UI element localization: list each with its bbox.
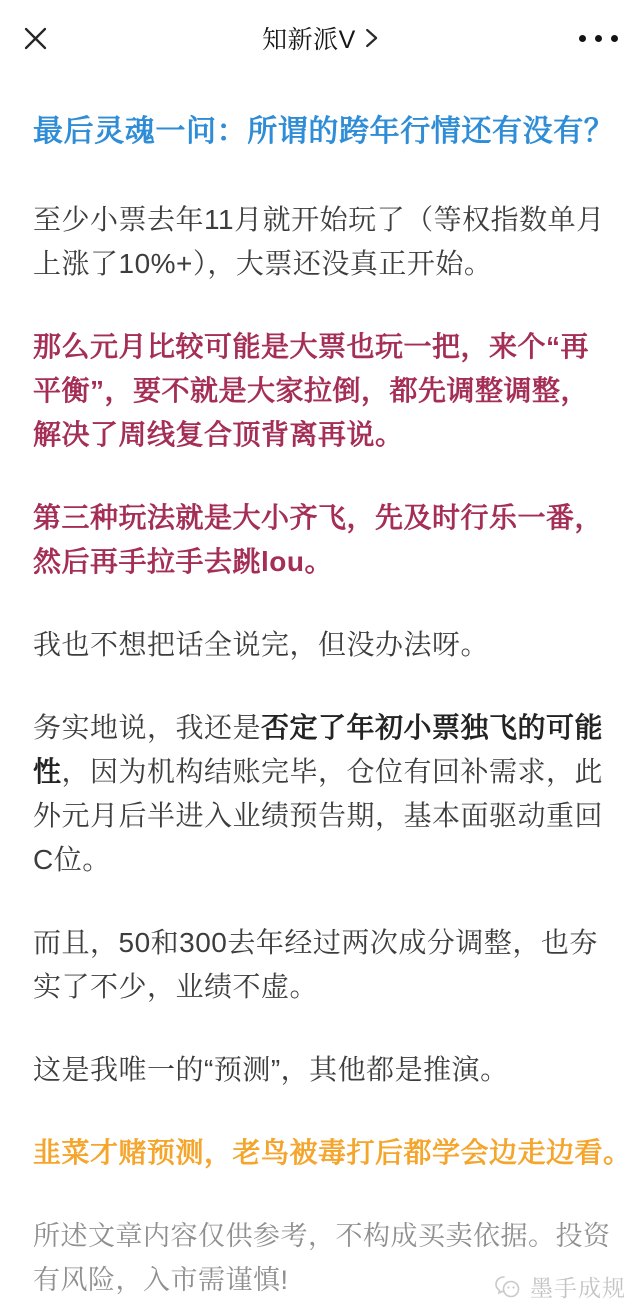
official-account-link[interactable]: 知新派V (262, 20, 378, 56)
wechat-article-screen: 知新派V 最后灵魂一问：所谓的跨年行情还有没有？ 至少小票去年11月就开始玩了（… (0, 0, 640, 1302)
paragraph-with-bold: 务实地说，我还是否定了年初小票独飞的可能 性，因为机构结账完毕，仓位有回补需求，… (33, 706, 607, 882)
chevron-right-icon (365, 27, 378, 49)
article-body: 最后灵魂一问：所谓的跨年行情还有没有？ 至少小票去年11月就开始玩了（等权指数单… (0, 76, 640, 1302)
appbar: 知新派V (0, 0, 640, 76)
paragraph-emphasis-red: 第三种玩法就是大小齐飞，先及时行乐一番， 然后再手拉手去跳lou。 (33, 496, 607, 584)
paragraph: 而且，50和300去年经过两次成分调整，也夯 实了不少，业绩不虚。 (33, 921, 607, 1009)
article-heading: 最后灵魂一问：所谓的跨年行情还有没有？ (33, 110, 607, 154)
watermark-logo-icon (494, 1274, 524, 1300)
paragraph: 这是我唯一的“预测”，其他都是推演。 (33, 1048, 607, 1092)
paragraph: 至少小票去年11月就开始玩了（等权指数单月 上涨了10%+），大票还没真正开始。 (33, 198, 607, 286)
close-button[interactable] (22, 25, 49, 52)
close-icon (22, 25, 49, 52)
paragraph: 我也不想把话全说完，但没办法呀。 (33, 623, 607, 667)
paragraph-emphasis-red: 那么元月比较可能是大票也玩一把，来个“再 平衡”，要不就是大家拉倒，都先调整调整… (33, 325, 607, 457)
paragraph-emphasis-orange: 韭菜才赌预测，老鸟被毒打后都学会边走边看。 (33, 1131, 607, 1175)
watermark: 墨手成规 (494, 1270, 626, 1303)
account-name: 知新派V (262, 20, 356, 56)
watermark-text: 墨手成规 (530, 1270, 626, 1303)
more-button[interactable] (579, 35, 618, 42)
more-icon (579, 35, 618, 42)
paragraph-text: ，因为机构结账完毕，仓位有回补需求，此 外元月后半进入业绩预告期，基本面驱动重回… (33, 756, 603, 875)
paragraph-text: 务实地说，我还是 (33, 712, 261, 743)
